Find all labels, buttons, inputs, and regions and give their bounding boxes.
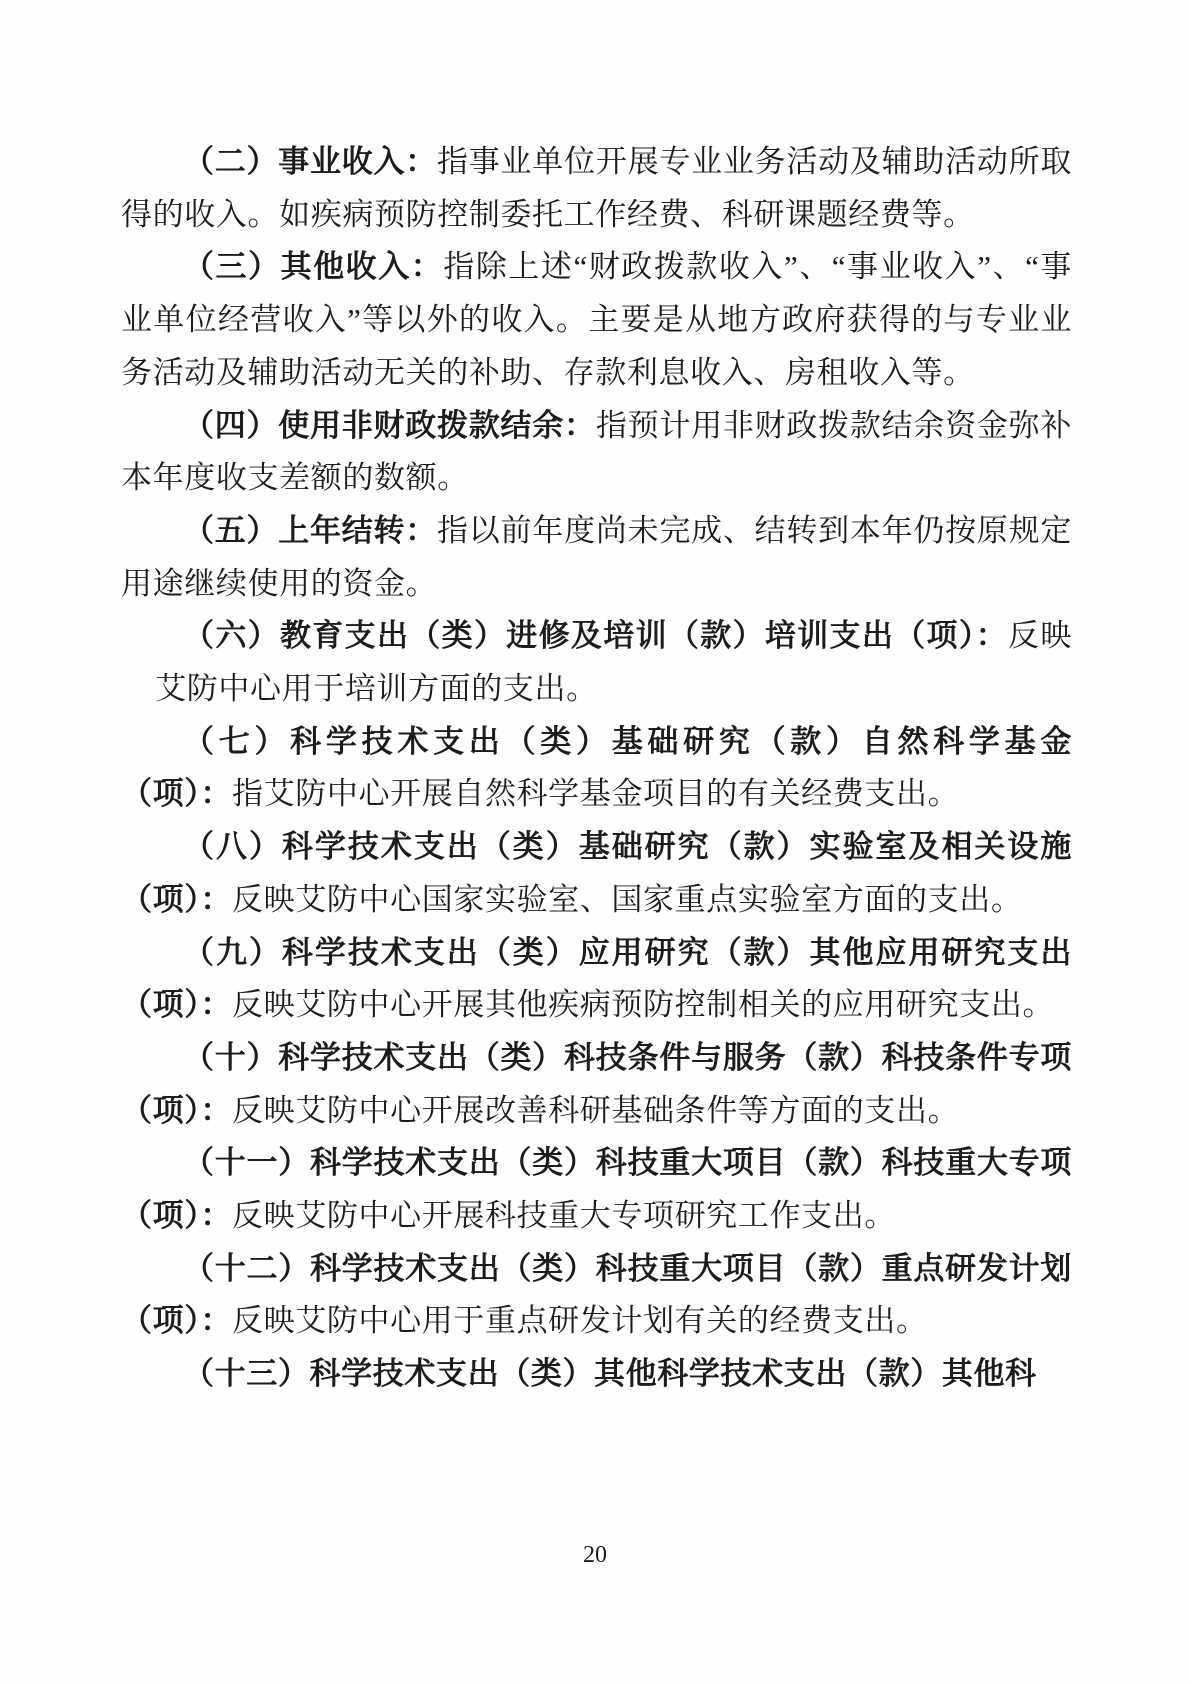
- term-definition: 反映艾防中心开展科技重大专项研究工作支出。: [232, 1198, 896, 1233]
- term-definition: 反映艾防中心开展改善科研基础条件等方面的支出。: [232, 1093, 959, 1128]
- term-label: （三）其他收入：: [183, 249, 443, 284]
- term-label: （二）事业收入：: [183, 144, 437, 179]
- term-label: （四）使用非财政拨款结余：: [183, 408, 596, 443]
- definition-item-3: （三）其他收入：指除上述“财政拨款收入”、“事业收入”、“事业单位经营收入”等以…: [121, 241, 1072, 399]
- definition-item-13: （十三）科学技术支出（类）其他科学技术支出（款）其他科: [121, 1348, 1072, 1401]
- definition-item-2: （二）事业收入：指事业单位开展专业业务活动及辅助活动所取得的收入。如疾病预防控制…: [121, 136, 1072, 241]
- page-number: 20: [0, 1540, 1190, 1570]
- definition-item-10: （十）科学技术支出（类）科技条件与服务（款）科技条件专项（项）：反映艾防中心开展…: [121, 1032, 1072, 1137]
- term-label: （十三）科学技术支出（类）其他科学技术支出（款）其他科: [183, 1356, 1037, 1391]
- definition-item-11: （十一）科学技术支出（类）科技重大项目（款）科技重大专项（项）：反映艾防中心开展…: [121, 1137, 1072, 1242]
- definition-item-9: （九）科学技术支出（类）应用研究（款）其他应用研究支出（项）：反映艾防中心开展其…: [121, 927, 1072, 1032]
- term-label: （五）上年结转：: [183, 513, 437, 548]
- definition-item-5: （五）上年结转：指以前年度尚未完成、结转到本年仍按原规定用途继续使用的资金。: [121, 505, 1072, 610]
- definition-item-7: （七）科学技术支出（类）基础研究（款）自然科学基金（项）：指艾防中心开展自然科学…: [121, 716, 1072, 821]
- definition-item-8: （八）科学技术支出（类）基础研究（款）实验室及相关设施（项）：反映艾防中心国家实…: [121, 821, 1072, 926]
- document-page: （二）事业收入：指事业单位开展专业业务活动及辅助活动所取得的收入。如疾病预防控制…: [0, 0, 1190, 1684]
- term-definition: 反映艾防中心开展其他疾病预防控制相关的应用研究支出。: [232, 987, 1054, 1022]
- definition-item-6: （六）教育支出（类）进修及培训（款）培训支出（项）：反映艾防中心用于培训方面的支…: [121, 610, 1072, 715]
- term-label: （六）教育支出（类）进修及培训（款）培训支出（项）：: [183, 618, 1008, 653]
- term-definition: 反映艾防中心用于重点研发计划有关的经费支出。: [232, 1303, 928, 1338]
- term-definition: 反映艾防中心国家实验室、国家重点实验室方面的支出。: [232, 882, 1023, 917]
- definition-item-4: （四）使用非财政拨款结余：指预计用非财政拨款结余资金弥补本年度收支差额的数额。: [121, 400, 1072, 505]
- definition-item-12: （十二）科学技术支出（类）科技重大项目（款）重点研发计划（项）：反映艾防中心用于…: [121, 1243, 1072, 1348]
- document-body: （二）事业收入：指事业单位开展专业业务活动及辅助活动所取得的收入。如疾病预防控制…: [121, 136, 1072, 1401]
- term-definition: 指艾防中心开展自然科学基金项目的有关经费支出。: [232, 776, 959, 811]
